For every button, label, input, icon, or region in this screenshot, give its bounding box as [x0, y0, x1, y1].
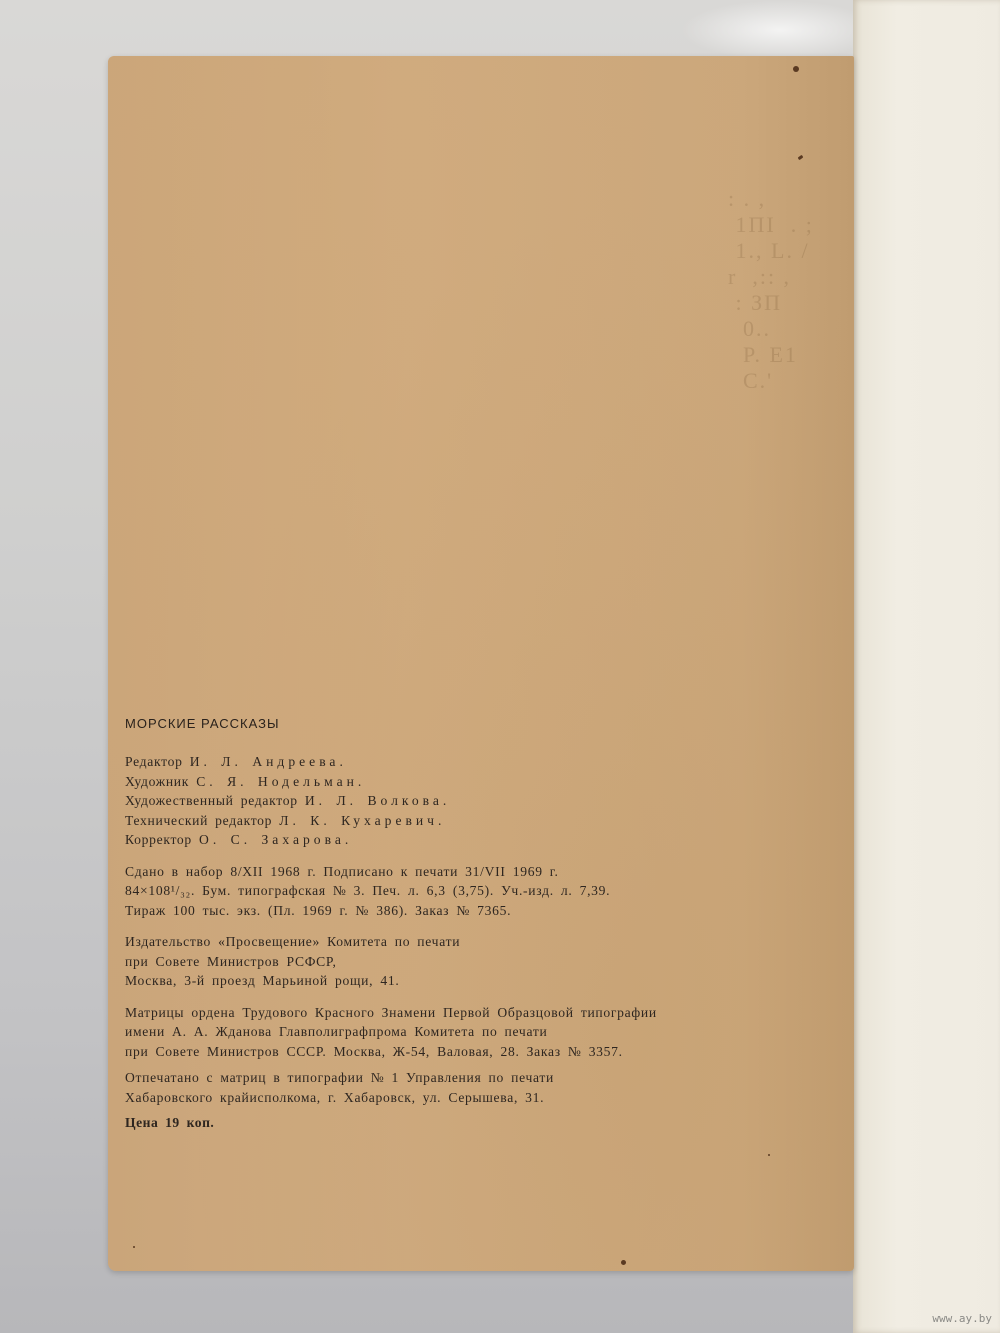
- credit-role: Художественный редактор: [125, 793, 298, 808]
- credit-tech-editor: Технический редактор Л. К. Кухаревич.: [125, 811, 735, 831]
- price: Цена 19 коп.: [125, 1113, 735, 1133]
- credit-person: И. Л. Андреева.: [190, 754, 347, 769]
- matrices-line: Матрицы ордена Трудового Красного Знамен…: [125, 1003, 735, 1023]
- adjacent-page-edge: [853, 0, 1000, 1333]
- credit-art-editor: Художественный редактор И. Л. Волкова.: [125, 791, 735, 811]
- watermark: www.ay.by: [932, 1312, 992, 1325]
- credit-proofreader: Корректор О. С. Захарова.: [125, 830, 735, 850]
- print-info-line: Тираж 100 тыс. экз. (Пл. 1969 г. № 386).…: [125, 901, 735, 921]
- credit-person: С. Я. Нодельман.: [196, 774, 365, 789]
- print-info: Сдано в набор 8/XII 1968 г. Подписано к …: [125, 862, 735, 921]
- show-through-text: : . , 1ПI . ; 1., L. / r ,:: , : ЗП 0.. …: [728, 186, 848, 446]
- credit-person: Л. К. Кухаревич.: [279, 813, 445, 828]
- paper-speck: [798, 155, 804, 160]
- credits-list: Редактор И. Л. Андреева. Художник С. Я. …: [125, 752, 735, 850]
- print-info-line: Сдано в набор 8/XII 1968 г. Подписано к …: [125, 862, 735, 882]
- publisher-line: Москва, 3-й проезд Марьиной рощи, 41.: [125, 971, 735, 991]
- credit-role: Редактор: [125, 754, 183, 769]
- paper-speck: [133, 1246, 135, 1248]
- credit-role: Художник: [125, 774, 189, 789]
- matrices-info: Матрицы ордена Трудового Красного Знамен…: [125, 1003, 735, 1062]
- credit-person: О. С. Захарова.: [199, 832, 352, 847]
- paper-speck: [621, 1260, 626, 1265]
- publisher-line: при Совете Министров РСФСР,: [125, 952, 735, 972]
- paper-speck: [793, 66, 799, 72]
- publisher-line: Издательство «Просвещение» Комитета по п…: [125, 932, 735, 952]
- print-info-line: 84×108¹/₃₂. Бум. типографская № 3. Печ. …: [125, 881, 735, 901]
- matrices-line: имени А. А. Жданова Главполиграфпрома Ко…: [125, 1022, 735, 1042]
- printed-info: Отпечатано с матриц в типографии № 1 Упр…: [125, 1068, 735, 1107]
- credit-editor: Редактор И. Л. Андреева.: [125, 752, 735, 772]
- book-title: МОРСКИЕ РАССКАЗЫ: [125, 716, 735, 732]
- printed-line: Отпечатано с матриц в типографии № 1 Упр…: [125, 1068, 735, 1088]
- publisher-info: Издательство «Просвещение» Комитета по п…: [125, 932, 735, 991]
- paper-speck: [768, 1154, 770, 1156]
- light-reflection: [680, 0, 880, 60]
- credit-role: Корректор: [125, 832, 192, 847]
- credit-person: И. Л. Волкова.: [305, 793, 450, 808]
- matrices-line: при Совете Министров СССР. Москва, Ж-54,…: [125, 1042, 735, 1062]
- imprint-block: МОРСКИЕ РАССКАЗЫ Редактор И. Л. Андреева…: [125, 716, 735, 1133]
- credit-artist: Художник С. Я. Нодельман.: [125, 772, 735, 792]
- printed-line: Хабаровского крайисполкома, г. Хабаровск…: [125, 1088, 735, 1108]
- credit-role: Технический редактор: [125, 813, 272, 828]
